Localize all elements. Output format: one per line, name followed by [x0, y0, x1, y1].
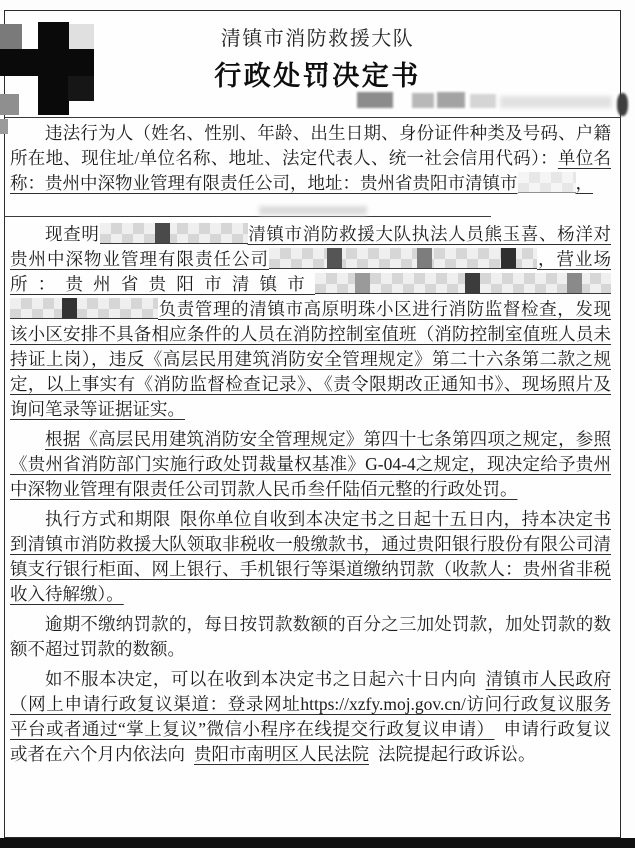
agency-name: 清镇市消防救援大队 [0, 22, 635, 51]
form-text: 逾期不缴纳罚款的，每日按罚款数额的百分之三加处罚款，加处罚款的数额不超过罚款的数… [10, 614, 611, 659]
redaction-mosaic [315, 273, 611, 294]
form-label: 执行方式和期限 [45, 509, 171, 529]
filled-text: 贵阳市南明区人民法院 [194, 744, 369, 764]
filled-text: 根据《高层民用建筑消防安全管理规定》第四十七条第四项之规定，参照《贵州省消防部门… [10, 429, 611, 499]
redaction-mosaic [269, 248, 537, 269]
scan-bottom-edge [0, 838, 635, 848]
header-divider [5, 117, 621, 118]
form-label: 违法行为人（姓名、性别、年龄、出生日期、身份证件种类及号码、户籍所在地、现住址/… [10, 123, 611, 168]
form-text: 如不服本决定，可以在收到本决定书之日起六十日内向 [45, 669, 477, 689]
payment-instructions-paragraph: 执行方式和期限限你单位自收到本决定书之日起十五日内，持本决定书到清镇市消防救援大… [10, 507, 611, 607]
document-body: 违法行为人（姓名、性别、年龄、出生日期、身份证件种类及号码、户籍所在地、现住址/… [10, 121, 611, 772]
scan-smudge [259, 206, 367, 215]
form-label: 现查明 [45, 224, 100, 244]
redaction-block [357, 92, 393, 108]
redaction-mosaic [518, 172, 576, 193]
redaction-block [437, 92, 465, 108]
findings-paragraph: 现查明清镇市消防救援大队执法人员熊玉喜、杨洋对贵州中深物业管理有限责任公司，营业… [10, 222, 611, 422]
redaction-block [412, 93, 434, 108]
redaction-block [0, 119, 8, 134]
offender-info-paragraph: 违法行为人（姓名、性别、年龄、出生日期、身份证件种类及号码、户籍所在地、现住址/… [10, 121, 611, 196]
redaction-block [470, 94, 496, 108]
appeal-rights-paragraph: 如不服本决定，可以在收到本决定书之日起六十日内向清镇市人民政府（网上申请行政复议… [10, 667, 611, 767]
redaction-mosaic [100, 223, 248, 244]
redaction-block [0, 94, 19, 115]
form-text: 法院提起行政诉讼。 [378, 744, 536, 764]
filled-text: ， [576, 173, 594, 193]
redaction-block [500, 96, 612, 108]
redaction-block [617, 93, 628, 116]
document-page: 清镇市消防救援大队 行政处罚决定书 违法行为人（姓名、性别、年龄、出生日期、身份… [0, 0, 635, 850]
late-fee-paragraph: 逾期不缴纳罚款的，每日按罚款数额的百分之三加处罚款，加处罚款的数额不超过罚款的数… [10, 612, 611, 662]
redaction-mosaic [10, 298, 158, 319]
blank-form-line [4, 201, 491, 217]
document-title: 行政处罚决定书 [0, 54, 635, 93]
penalty-decision-paragraph: 根据《高层民用建筑消防安全管理规定》第四十七条第四项之规定，参照《贵州省消防部门… [10, 427, 611, 502]
